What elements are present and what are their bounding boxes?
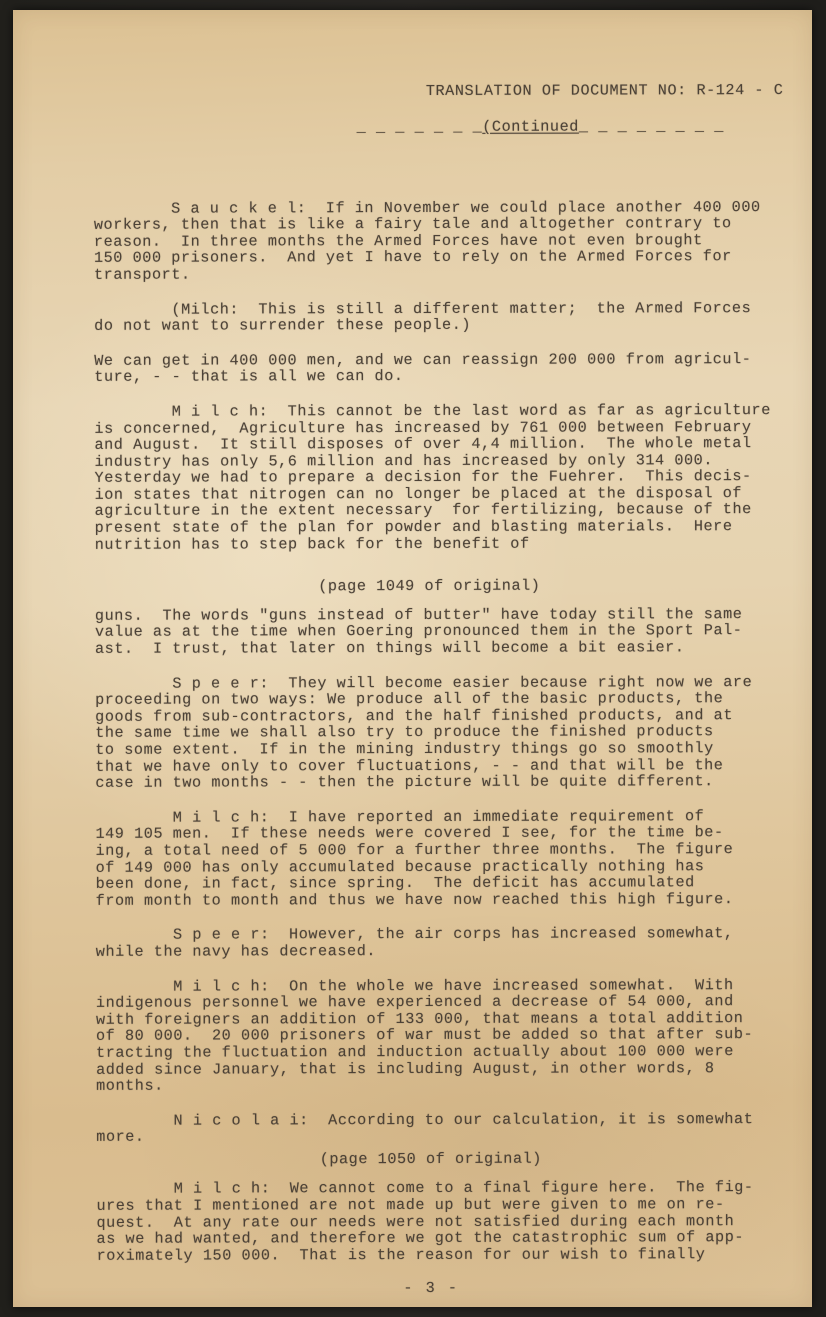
paragraph-milch-agriculture: M i l c h: This cannot be the last word …	[94, 402, 763, 553]
page-reference-1049: (page 1049 of original)	[95, 577, 764, 595]
paragraph-milch-aside: (Milch: This is still a different matter…	[94, 300, 763, 335]
continued-dashes-left: _ _ _ _ _ _ _	[357, 118, 483, 136]
page-number: - 3 -	[97, 1280, 766, 1298]
document-title: TRANSLATION OF DOCUMENT NO: R-124 - C	[426, 81, 784, 100]
paragraph-milch-final-figure: M i l c h: We cannot come to a final fig…	[96, 1180, 765, 1265]
paragraph-milch-requirement: M i l c h: I have reported an immediate …	[95, 808, 764, 909]
paragraph-guns-butter: guns. The words "guns instead of butter"…	[95, 606, 764, 658]
photo-background: TRANSLATION OF DOCUMENT NO: R-124 - C _ …	[0, 0, 826, 1317]
page-reference-1050: (page 1050 of original)	[96, 1150, 765, 1168]
paragraph-speer-two-ways: S p e e r: They will become easier becau…	[95, 674, 764, 792]
paragraph-speer-air-corps: S p e e r: However, the air corps has in…	[96, 925, 765, 960]
paragraph-sauckel-continued: We can get in 400 000 men, and we can re…	[94, 351, 763, 386]
document-sheet: TRANSLATION OF DOCUMENT NO: R-124 - C _ …	[13, 10, 812, 1307]
document-content: TRANSLATION OF DOCUMENT NO: R-124 - C _ …	[11, 9, 813, 1298]
continued-label: (Continued	[482, 117, 579, 135]
continued-line: _ _ _ _ _ _ _(Continued_ _ _ _ _ _ _ _	[357, 118, 763, 136]
continued-dashes-right: _ _ _ _ _ _ _ _	[579, 117, 724, 135]
paragraph-nicolai: N i c o l a i: According to our calculat…	[96, 1111, 765, 1146]
paragraph-milch-increase: M i l c h: On the whole we have increase…	[96, 977, 765, 1095]
paragraph-sauckel: S a u c k e l: If in November we could p…	[94, 199, 763, 284]
document-header: TRANSLATION OF DOCUMENT NO: R-124 - C _ …	[348, 65, 762, 169]
